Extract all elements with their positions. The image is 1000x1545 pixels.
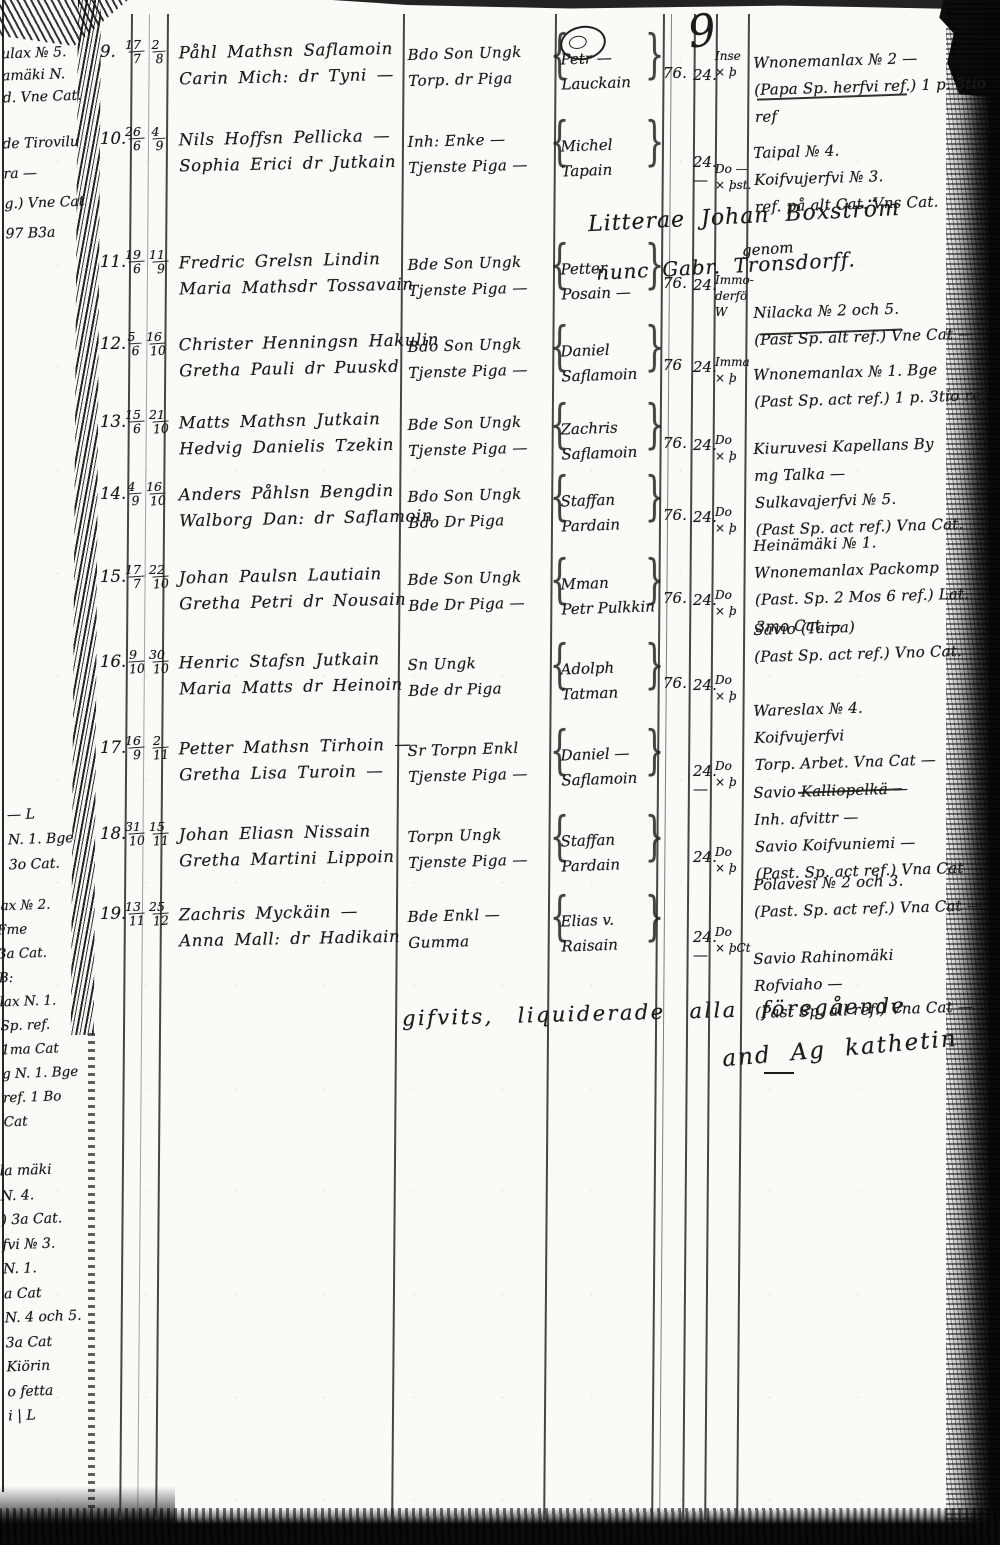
couple-names: Johan Paulsn Lautiain Gretha Petri dr No…	[178, 561, 407, 618]
brace-glyph: }	[645, 112, 664, 173]
date-fraction: 15 6	[127, 409, 143, 435]
remarks-column: Nilacka № 2 och 5. (Past Sp. alt ref.) V…	[753, 293, 1000, 354]
brace-glyph: }	[645, 721, 664, 782]
date-day: 19	[125, 249, 141, 261]
date-month: 9	[129, 746, 146, 761]
bride-name: Anna Mall: dr Hadikain	[179, 924, 407, 955]
date-day: 16	[125, 735, 141, 747]
date-day: 4	[125, 481, 138, 493]
date-fraction: 5 6	[127, 331, 140, 357]
fee-number-76: 76.	[663, 674, 691, 692]
witness-column: Daniel — Saflamoin	[560, 741, 648, 794]
remarks-column: Wareslax № 4. Koifvujerfvi Torp. Arbet. …	[753, 691, 1000, 779]
bride-status: Gumma	[408, 926, 551, 956]
date-month: 8	[153, 51, 167, 66]
bride-status: Tjenste Piga —	[408, 274, 551, 304]
groom-status: Bde Son Ungk	[407, 408, 550, 438]
witness-name-1: Staffan	[560, 827, 647, 855]
date-month: 10	[153, 660, 170, 675]
fee-number-76: 76	[663, 356, 691, 374]
date-fraction: 2 8	[151, 39, 164, 65]
date-day: 17	[125, 39, 141, 51]
groom-status: Bde Son Ungk	[407, 563, 550, 593]
bride-name: Walborg Dan: dr Saflamoin	[179, 504, 407, 535]
fee-number-76: 76.	[663, 506, 691, 524]
witness-name-1: Daniel	[560, 337, 647, 365]
couple-names: Zachris Myckäin — Anna Mall: dr Hadikain	[178, 898, 407, 955]
date-month: 7	[129, 575, 146, 590]
date-month: 11	[153, 832, 170, 847]
couple-names: Matts Mathsn Jutkain Hedvig Danielis Tze…	[178, 406, 407, 463]
fee-number-76: 76.	[663, 64, 691, 82]
banns-marriage-dates: 19 6 11 9	[127, 249, 177, 275]
date-fraction: 9 10	[127, 649, 143, 675]
date-month: 10	[153, 420, 170, 435]
date-fraction: 4 9	[127, 481, 140, 507]
bride-name: Hedvig Danielis Tzekin	[179, 432, 407, 463]
register-page-scan: ulax № 5. amäki N. d. Vne Cat. de Tirovi…	[0, 0, 1000, 1545]
remarks-column: Wnonemanlax № 1. Bge (Past Sp. act ref.)…	[753, 355, 1000, 416]
date-day: 26	[125, 126, 141, 138]
groom-status: Bdo Son Ungk	[407, 480, 550, 510]
banns-marriage-dates: 17 7 2 8	[127, 39, 177, 65]
date-month: 11	[129, 912, 146, 927]
date-day: 15	[125, 409, 141, 421]
date-day: 21	[149, 409, 165, 421]
date-month: 12	[153, 912, 170, 927]
brace-glyph: }	[645, 887, 664, 948]
date-fraction: 16 9	[127, 735, 143, 761]
groom-status: Bde Enkl —	[407, 900, 550, 930]
witness-column: Michel Tapain	[560, 132, 648, 185]
date-month: 10	[129, 832, 146, 847]
date-day: 17	[125, 564, 141, 576]
remarks-column: Savio (Taipa) (Past Sp. act ref.) Vno Ca…	[753, 610, 1000, 671]
banns-marriage-dates: 15 6 21 10	[127, 409, 177, 435]
register-rows: 9. 17 7 2 8 Påhl Mathsn Saflamoin Carin …	[0, 0, 1000, 1545]
banns-marriage-dates: 9 10 30 10	[127, 649, 177, 675]
status-column: Bdo Son Ungk Torp. dr Piga	[407, 38, 550, 94]
witness-column: Daniel Saflamoin	[560, 337, 648, 390]
clerk-marks: Do × þCt	[715, 924, 753, 956]
brace-glyph: }	[645, 807, 664, 868]
groom-status: Inh: Enke —	[407, 125, 550, 155]
date-day: 5	[125, 331, 138, 343]
witness-column: Zachris Saflamoin	[560, 415, 648, 468]
date-month: 9	[129, 493, 143, 508]
banns-marriage-dates: 17 7 22 10	[127, 564, 177, 590]
couple-names: Nils Hoffsn Pellicka — Sophia Erici dr J…	[178, 123, 407, 180]
bride-status: Tjenste Piga —	[408, 434, 551, 464]
date-fraction: 13 11	[127, 901, 143, 927]
date-month: 6	[129, 343, 143, 358]
date-fraction: 17 7	[127, 39, 143, 65]
status-column: Bdo Son Ungk Tjenste Piga —	[407, 330, 550, 386]
date-day: 9	[125, 649, 141, 661]
date-day: 11	[149, 249, 165, 261]
date-day: 2	[149, 39, 162, 51]
groom-status: Torpn Ungk	[407, 820, 550, 850]
clerk-marks: Imma × þ	[715, 354, 753, 386]
witness-column: Staffan Pardain	[560, 827, 648, 880]
couple-names: Anders Påhlsn Bengdin Walborg Dan: dr Sa…	[178, 478, 407, 535]
banns-marriage-dates: 5 6 16 10	[127, 331, 177, 357]
fee-number-76: 76.	[663, 434, 691, 452]
status-column: Torpn Ungk Tjenste Piga —	[407, 820, 550, 876]
witness-name-1: Daniel —	[560, 741, 647, 769]
witness-name-2: Saflamoin	[561, 439, 648, 467]
banns-marriage-dates: 4 9 16 10	[127, 481, 177, 507]
clerk-marks: Inse × þ	[715, 48, 753, 80]
date-month: 6	[129, 137, 146, 152]
bride-name: Sophia Erici dr Jutkain	[179, 149, 407, 180]
status-column: Bde Son Ungk Bde Dr Piga —	[407, 563, 550, 619]
date-fraction: 26 6	[127, 126, 143, 152]
bride-status: Tjenste Piga —	[408, 356, 551, 386]
date-fraction: 4 9	[151, 126, 164, 152]
status-column: Bde Enkl — Gumma	[407, 900, 550, 956]
brace-glyph: }	[645, 467, 664, 528]
witness-column: Staffan Pardain	[560, 487, 648, 540]
witness-name-1: Staffan	[560, 487, 647, 515]
bride-status: Torp. dr Piga	[408, 64, 551, 94]
date-fraction: 25 12	[151, 901, 167, 927]
bride-status: Tjenste Piga —	[408, 151, 551, 181]
bride-status: Bdo Dr Piga	[408, 506, 551, 536]
date-fraction: 2 11	[151, 735, 167, 761]
date-fraction: 17 7	[127, 564, 143, 590]
couple-names: Johan Eliasn Nissain Gretha Martini Lipp…	[178, 818, 407, 875]
banns-marriage-dates: 26 6 4 9	[127, 126, 177, 152]
bride-name: Maria Matts dr Heinoin	[179, 672, 407, 703]
date-fraction: 21 10	[151, 409, 167, 435]
fee-number-76: 76.	[663, 589, 691, 607]
groom-status: Bdo Son Ungk	[407, 330, 550, 360]
bride-name: Gretha Martini Lippoin	[179, 844, 407, 875]
clerk-marks: Do × þ	[715, 587, 753, 619]
date-day: 15	[149, 821, 165, 833]
witness-name-2: Saflamoin	[561, 765, 648, 793]
bride-name: Gretha Pauli dr Puuskd	[179, 354, 407, 385]
date-day: 22	[149, 564, 165, 576]
clerk-marks: Do × þ	[715, 844, 753, 876]
date-fraction: 31 10	[127, 821, 143, 847]
bride-name: Gretha Petri dr Nousain	[179, 587, 407, 618]
status-column: Sn Ungk Bde dr Piga	[407, 648, 550, 704]
bride-name: Maria Mathsdr Tossavain	[179, 272, 407, 303]
witness-column: Mman Petr Pulkkin	[560, 570, 648, 623]
witness-name-2: Tapain	[561, 156, 648, 184]
date-fraction: 11 9	[151, 249, 167, 275]
clerk-marks: Do × þ	[715, 504, 753, 536]
date-day: 25	[149, 901, 165, 913]
date-month: 10	[129, 660, 146, 675]
bride-status: Tjenste Piga —	[408, 846, 551, 876]
remarks-column: Pölavesi № 2 och 3. (Past. Sp. act ref.)…	[753, 865, 1000, 926]
clerk-marks: Do × þ	[715, 758, 753, 790]
date-day: 13	[125, 901, 141, 913]
date-month: 9	[153, 260, 170, 275]
date-month: 6	[129, 420, 146, 435]
clerk-marks: Do × þ	[715, 432, 753, 464]
clerk-marks: Do — × þst.	[715, 161, 753, 193]
banns-marriage-dates: 13 11 25 12	[127, 901, 177, 927]
underline-mark	[764, 1072, 794, 1074]
witness-name-2: Pardain	[561, 851, 648, 879]
status-column: Bdo Son Ungk Bdo Dr Piga	[407, 480, 550, 536]
status-column: Inh: Enke — Tjenste Piga —	[407, 125, 550, 181]
status-column: Bde Son Ungk Tjenste Piga —	[407, 248, 550, 304]
couple-names: Henric Stafsn Jutkain Maria Matts dr Hei…	[178, 646, 407, 703]
banns-marriage-dates: 16 9 2 11	[127, 735, 177, 761]
witness-name-1: Mman	[560, 570, 647, 598]
date-month: 10	[150, 342, 167, 357]
brace-glyph: }	[645, 395, 664, 456]
groom-status: Sn Ungk	[407, 648, 550, 678]
brace-glyph: }	[645, 550, 664, 611]
witness-name-2: Pardain	[561, 511, 648, 539]
date-day: 16	[146, 331, 162, 343]
date-month: 9	[153, 138, 167, 153]
bride-status: Bde Dr Piga —	[408, 589, 551, 619]
date-fraction: 16 10	[148, 331, 164, 357]
date-month: 10	[153, 575, 170, 590]
date-fraction: 15 11	[151, 821, 167, 847]
bride-status: Bde dr Piga	[408, 674, 551, 704]
banns-marriage-dates: 31 10 15 11	[127, 821, 177, 847]
witness-name-1: Elias v.	[560, 907, 647, 935]
groom-status: Sr Torpn Enkl	[407, 734, 550, 764]
witness-name-1: Zachris	[560, 415, 647, 443]
brace-glyph: }	[645, 317, 664, 378]
date-fraction: 16 10	[148, 481, 164, 507]
date-month: 11	[153, 746, 170, 761]
date-fraction: 19 6	[127, 249, 143, 275]
clerk-marks: Immo- derfö W	[715, 272, 753, 320]
clerk-marks: Do × þ	[715, 672, 753, 704]
couple-names: Påhl Mathsn Saflamoin Carin Mich: dr Tyn…	[178, 36, 407, 93]
date-day: 30	[149, 649, 165, 661]
bride-status: Tjenste Piga —	[408, 760, 551, 790]
witness-name-2: Raisain	[561, 931, 648, 959]
witness-column: Adolph Tatman	[560, 655, 648, 708]
circle-flourish-inner	[568, 34, 588, 50]
brace-glyph: }	[645, 25, 664, 86]
date-day: 4	[149, 126, 162, 138]
couple-names: Petter Mathsn Tirhoin — Gretha Lisa Turo…	[178, 732, 407, 789]
date-month: 7	[129, 50, 146, 65]
date-month: 10	[150, 492, 167, 507]
witness-name-2: Lauckain	[561, 69, 648, 97]
witness-name-2: Tatman	[561, 679, 648, 707]
date-fraction: 22 10	[151, 564, 167, 590]
brace-glyph: }	[645, 635, 664, 696]
date-month: 6	[129, 260, 146, 275]
couple-names: Christer Henningsn Hakulin Gretha Pauli …	[178, 328, 407, 385]
date-day: 16	[146, 481, 162, 493]
remarks-column: Wnonemanlax № 2 — (Papa Sp. herfvi ref.)…	[753, 43, 1000, 131]
status-column: Bde Son Ungk Tjenste Piga —	[407, 408, 550, 464]
witness-column: Elias v. Raisain	[560, 907, 648, 960]
date-fraction: 30 10	[151, 649, 167, 675]
bride-name: Carin Mich: dr Tyni —	[179, 62, 407, 93]
date-day: 2	[149, 735, 165, 747]
witness-name-2: Petr Pulkkin	[561, 594, 648, 622]
couple-names: Fredric Grelsn Lindin Maria Mathsdr Toss…	[178, 246, 407, 303]
groom-status: Bdo Son Ungk	[407, 38, 550, 68]
status-column: Sr Torpn Enkl Tjenste Piga —	[407, 734, 550, 790]
witness-name-1: Adolph	[560, 655, 647, 683]
witness-name-1: Michel	[560, 132, 647, 160]
date-day: 31	[125, 821, 141, 833]
witness-name-2: Saflamoin	[561, 361, 648, 389]
bride-name: Gretha Lisa Turoin —	[179, 758, 407, 789]
groom-status: Bde Son Ungk	[407, 248, 550, 278]
